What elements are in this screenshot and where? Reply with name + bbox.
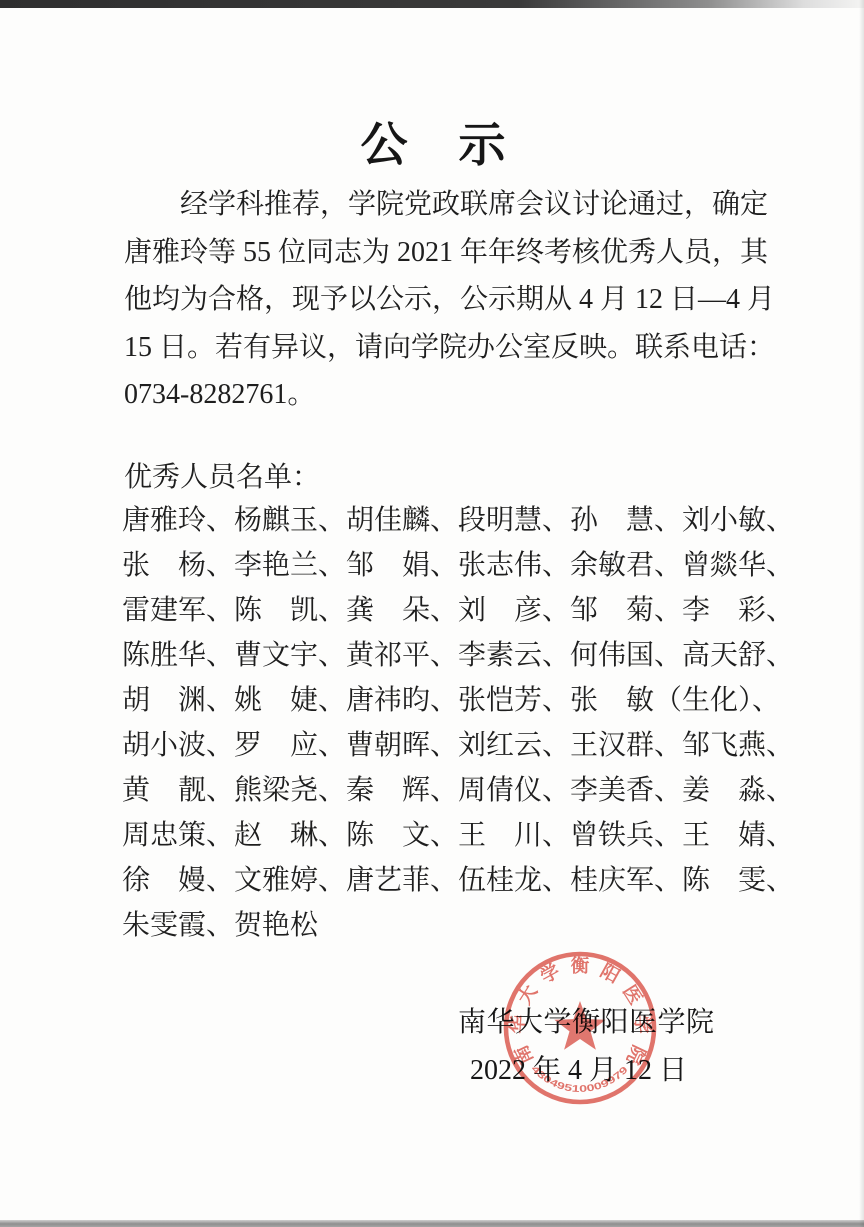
official-seal-icon: 南华大学衡阳医学院 43049510009979 <box>500 948 660 1108</box>
document-page: 公 示 经学科推荐，学院党政联席会议讨论通过，确定 唐雅玲等 55 位同志为 2… <box>0 0 864 1227</box>
name-list-row: 周忠策、赵 琳、陈 文、王 川、曾铁兵、王 婧、 <box>122 813 748 858</box>
body-paragraph: 经学科推荐，学院党政联席会议讨论通过，确定 唐雅玲等 55 位同志为 2021 … <box>124 181 746 419</box>
name-list-row: 徐 嫚、文雅婷、唐艺菲、伍桂龙、桂庆军、陈 雯、 <box>122 858 748 903</box>
name-list-row: 黄 靓、熊梁尧、秦 辉、周倩仪、李美香、姜 淼、 <box>122 768 748 813</box>
name-list-row: 陈胜华、曹文宇、黄祁平、李素云、何伟国、高天舒、 <box>122 633 748 678</box>
scan-shadow-bottom <box>0 1220 864 1227</box>
name-list-row: 雷建军、陈 凯、龚 朵、刘 彦、邹 菊、李 彩、 <box>122 588 748 633</box>
name-list-row: 胡 渊、姚 婕、唐祎昀、张恺芳、张 敏（生化）、 <box>122 678 748 723</box>
list-heading: 优秀人员名单： <box>124 455 320 495</box>
body-line: 他均为合格，现予以公示，公示期从 4 月 12 日—4 月 <box>124 276 746 324</box>
document-title: 公 示 <box>124 108 744 175</box>
body-line: 经学科推荐，学院党政联席会议讨论通过，确定 <box>124 181 746 229</box>
name-list-row: 唐雅玲、杨麒玉、胡佳麟、段明慧、孙 慧、刘小敏、 <box>122 498 748 543</box>
body-line: 唐雅玲等 55 位同志为 2021 年年终考核优秀人员，其 <box>124 229 746 277</box>
name-list: 唐雅玲、杨麒玉、胡佳麟、段明慧、孙 慧、刘小敏、 张 杨、李艳兰、邹 娟、张志伟… <box>122 498 748 948</box>
scan-shadow-right <box>859 0 864 1227</box>
scan-shadow-top <box>0 0 864 8</box>
body-line: 0734-8282761。 <box>124 371 746 419</box>
body-line: 15 日。若有异议，请向学院办公室反映。联系电话： <box>124 324 746 372</box>
name-list-row: 张 杨、李艳兰、邹 娟、张志伟、余敏君、曾燚华、 <box>122 543 748 588</box>
seal-star-icon <box>554 1001 605 1050</box>
name-list-row: 朱雯霞、贺艳松 <box>122 903 748 948</box>
name-list-row: 胡小波、罗 应、曹朝晖、刘红云、王汉群、邹飞燕、 <box>122 723 748 768</box>
